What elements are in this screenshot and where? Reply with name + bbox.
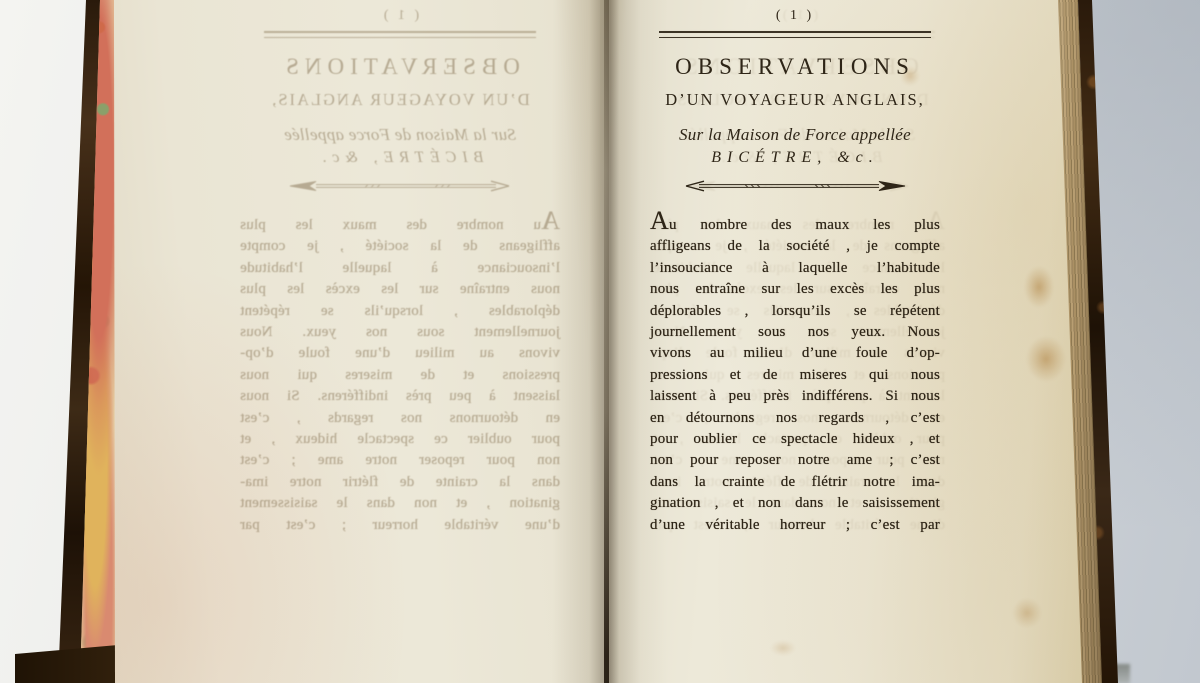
printed-content: ( 1 ) OBSERVATIONS D’UN VOYAGEUR ANGLAIS…: [650, 0, 940, 536]
header-rule: [659, 31, 931, 38]
body-line: Au nombre des maux les plus: [240, 208, 560, 236]
body-line: pressions et de miseres qui nous: [240, 365, 560, 386]
body-line: nous entraîne sur les excès les plus: [650, 279, 940, 300]
body-line: non pour reposer notre ame ; c’est: [240, 450, 560, 471]
body-line: en détournons nos regards , c’est: [650, 408, 940, 429]
drop-cap: A: [541, 206, 560, 235]
subtitle-bicetre: BICÉTRE, &c.: [650, 149, 940, 167]
body-line: déplorables , lorsqu’ils se répétent: [240, 301, 560, 322]
body-line: pressions et de miseres qui nous: [650, 365, 940, 386]
body-line: d’une véritable horreur ; c’est par: [240, 515, 560, 536]
drop-cap: A: [650, 206, 669, 235]
subtitle-maison-de-force: Sur la Maison de Force appellée: [650, 125, 940, 145]
body-line: Au nombre des maux les plus: [650, 208, 940, 236]
body-line: pour oublier ce spectacle hideux , et: [650, 429, 940, 450]
foxing-spot: [1024, 266, 1054, 308]
body-line: affligeans de la société , je compte: [650, 236, 940, 257]
body-line: laissent à peu près indifférens. Si nous: [240, 386, 560, 407]
body-line: d’une véritable horreur ; c’est par: [650, 515, 940, 536]
body-line: non pour reposer notre ame ; c’est: [650, 450, 940, 471]
body-line: nous entraîne sur les excès les plus: [240, 279, 560, 300]
title-observations: OBSERVATIONS: [240, 54, 560, 80]
divider-arrow-ornament: [683, 179, 908, 193]
foxing-spot: [1012, 598, 1042, 628]
foxing-spot: [770, 640, 796, 656]
photo-scene: ( 1 ) OBSERVATIONS D’UN VOYAGEUR ANGLAIS…: [0, 0, 1200, 683]
body-line: journellement sous nos yeux. Nous: [650, 322, 940, 343]
body-line: pour oublier ce spectacle hideux , et: [240, 429, 560, 450]
page-number: ( 1 ): [240, 8, 560, 24]
body-line: gination , et non dans le saisissement: [240, 493, 560, 514]
page-number: ( 1 ): [650, 8, 940, 24]
body-line: laissent à peu près indifférens. Si nous: [650, 386, 940, 407]
body-line: journellement sous nos yeux. Nous: [240, 322, 560, 343]
body-line: vivons au milieu d’une foule d’op-: [650, 343, 940, 364]
title-voyageur-anglais: D’UN VOYAGEUR ANGLAIS,: [240, 90, 560, 110]
body-paragraph: Au nombre des maux les plus affligeans d…: [650, 208, 940, 536]
show-through-content-left: ( 1 ) OBSERVATIONS D’UN VOYAGEUR ANGLAIS…: [240, 0, 560, 536]
body-line: déplorables , lorsqu’ils se répétent: [650, 301, 940, 322]
subtitle-maison-de-force: Sur la Maison de Force appellée: [240, 125, 560, 145]
body-paragraph: Au nombre des maux les plus affligeans d…: [240, 208, 560, 536]
body-line: vivons au milieu d’une foule d’op-: [240, 343, 560, 364]
divider-arrow-ornament: [288, 179, 513, 193]
body-line: l’insouciance à laquelle l’habitude: [240, 258, 560, 279]
subtitle-bicetre: BICÉTRE, &c.: [240, 149, 560, 167]
body-line: gination , et non dans le saisissement: [650, 493, 940, 514]
body-line: dans la crainte de flétrir notre ima-: [650, 472, 940, 493]
header-rule: [264, 31, 536, 38]
foxing-spot: [1026, 336, 1066, 382]
body-line: en détournons nos regards , c’est: [240, 408, 560, 429]
body-line: affligeans de la société , je compte: [240, 236, 560, 257]
title-observations: OBSERVATIONS: [650, 54, 940, 80]
title-voyageur-anglais: D’UN VOYAGEUR ANGLAIS,: [650, 90, 940, 110]
body-line: dans la crainte de flétrir notre ima-: [240, 472, 560, 493]
body-line: l’insouciance à laquelle l’habitude: [650, 258, 940, 279]
